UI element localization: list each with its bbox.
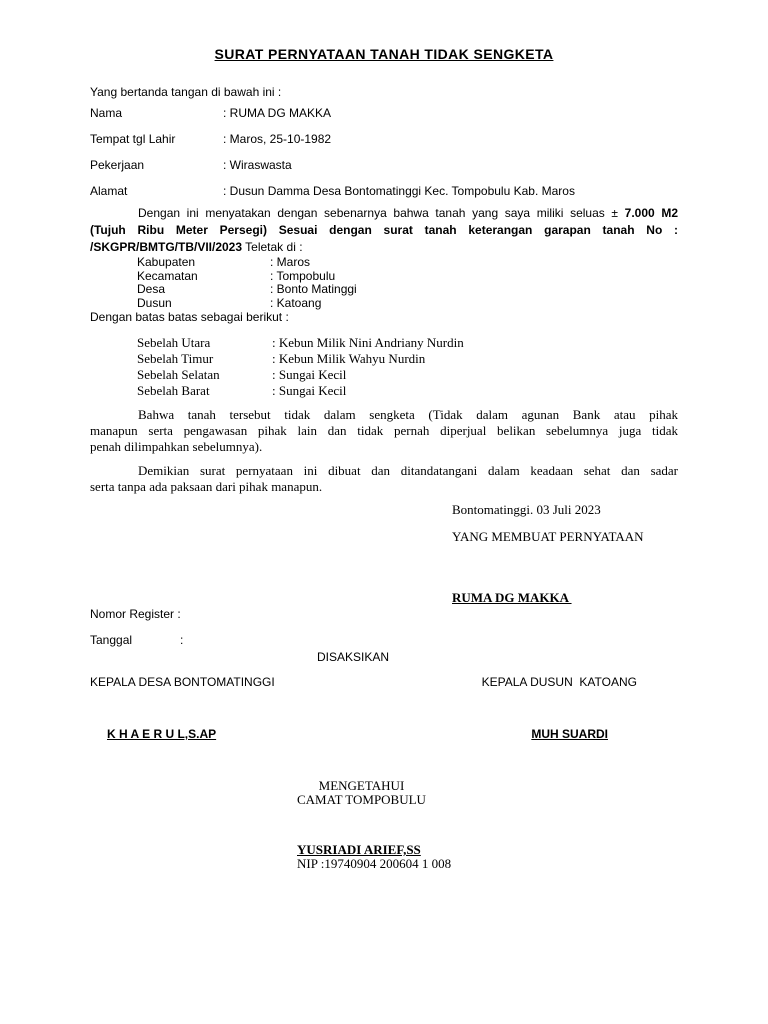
clause-line: Bahwa tanah tersebut tidak dalam sengket… [90,407,678,423]
approval-block: MENGETAHUI CAMAT TOMPOBULU [297,779,426,807]
identity-value: : Wiraswasta [223,158,292,172]
border-label: Sebelah Selatan [137,367,272,383]
statement-bold-text: /SKGPR/BMTG/TB/VII/2023 [90,240,242,254]
identity-value: : Dusun Damma Desa Bontomatinggi Kec. To… [223,184,575,198]
identity-section: Nama : RUMA DG MAKKA Tempat tgl Lahir : … [90,106,678,198]
non-dispute-clause: Bahwa tanah tersebut tidak dalam sengket… [90,407,678,455]
register-date-row: Tanggal : [90,633,678,647]
border-row: Sebelah Barat : Sungai Kecil [137,383,678,399]
location-label: Kabupaten [137,256,270,270]
statement-text: Dengan ini menyatakan dengan sebenarnya … [138,206,625,220]
identity-row: Pekerjaan : Wiraswasta [90,158,678,172]
location-label: Dusun [137,297,270,311]
border-value: : Sungai Kecil [272,367,346,383]
village-head-role: KEPALA DESA BONTOMATINGGI [90,675,275,689]
borders-intro-line: Dengan batas batas sebagai berikut : [90,310,678,324]
location-section: Kabupaten : Maros Kecamatan : Tompobulu … [137,256,678,310]
opening-line: Yang bertanda tangan di bawah ini : [90,85,678,99]
approval-line1: MENGETAHUI [297,779,426,793]
border-row: Sebelah Timur : Kebun Milik Wahyu Nurdin [137,351,678,367]
identity-label: Tempat tgl Lahir [90,132,223,146]
location-row: Dusun : Katoang [137,297,678,311]
border-value: : Kebun Milik Wahyu Nurdin [272,351,425,367]
statement-paragraph: Dengan ini menyatakan dengan sebenarnya … [90,205,678,256]
identity-label: Nama [90,106,223,120]
border-label: Sebelah Barat [137,383,272,399]
village-head-name: K H A E R U L,S.AP [107,727,216,741]
statement-bold-text: 7.000 M2 [625,206,678,220]
location-label: Desa [137,283,270,297]
witness-names-row: K H A E R U L,S.AP MUH SUARDI [90,727,678,741]
witness-roles-row: KEPALA DESA BONTOMATINGGI KEPALA DUSUN K… [90,675,678,689]
clause-line: Demikian surat pernyataan ini dibuat dan… [90,463,678,479]
border-label: Sebelah Timur [137,351,272,367]
statement-line: (Tujuh Ribu Meter Persegi) Sesuai dengan… [90,222,678,239]
identity-label: Alamat [90,184,223,198]
border-row: Sebelah Selatan : Sungai Kecil [137,367,678,383]
border-label: Sebelah Utara [137,335,272,351]
statement-text: Teletak di : [242,240,302,254]
clause-line: serta tanpa ada paksaan dari pihak manap… [90,479,678,495]
register-date-label: Tanggal [90,633,180,647]
clause-line: penah dilimpahkan sebelumnya). [90,439,678,455]
location-row: Kabupaten : Maros [137,256,678,270]
approval-name: YUSRIADI ARIEF,SS [297,843,678,857]
hamlet-head-role: KEPALA DUSUN KATOANG [482,675,637,689]
declarant-role: YANG MEMBUAT PERNYATAAN [452,529,678,545]
identity-row: Alamat : Dusun Damma Desa Bontomatinggi … [90,184,678,198]
location-value: : Bonto Matinggi [270,283,357,297]
identity-value: : RUMA DG MAKKA [223,106,331,120]
statement-line: /SKGPR/BMTG/TB/VII/2023 Teletak di : [90,239,678,256]
identity-label: Pekerjaan [90,158,223,172]
approval-line2: CAMAT TOMPOBULU [297,793,426,807]
register-number-line: Nomor Register : [90,607,678,621]
border-value: : Sungai Kecil [272,383,346,399]
signoff-block: Bontomatinggi. 03 Juli 2023 YANG MEMBUAT… [452,502,678,606]
location-value: : Tompobulu [270,270,335,284]
location-value: : Maros [270,256,310,270]
identity-value: : Maros, 25-10-1982 [223,132,331,146]
witness-heading: DISAKSIKAN [317,650,678,664]
declarant-name: RUMA DG MAKKA [452,590,678,606]
location-row: Kecamatan : Tompobulu [137,270,678,284]
location-label: Kecamatan [137,270,270,284]
statement-bold-text: (Tujuh Ribu Meter Persegi) Sesuai dengan… [90,223,678,237]
statement-line: Dengan ini menyatakan dengan sebenarnya … [90,205,678,222]
border-value: : Kebun Milik Nini Andriany Nurdin [272,335,464,351]
identity-row: Nama : RUMA DG MAKKA [90,106,678,120]
location-row: Desa : Bonto Matinggi [137,283,678,297]
identity-row: Tempat tgl Lahir : Maros, 25-10-1982 [90,132,678,146]
clause-line: manapun serta pengawasan pihak lain dan … [90,423,678,439]
hamlet-head-name: MUH SUARDI [531,727,608,741]
closing-clause: Demikian surat pernyataan ini dibuat dan… [90,463,678,495]
register-date-colon: : [180,633,183,647]
document-title: SURAT PERNYATAAN TANAH TIDAK SENGKETA [90,46,678,62]
borders-section: Sebelah Utara : Kebun Milik Nini Andrian… [137,335,678,399]
approval-nip: NIP :19740904 200604 1 008 [297,857,678,871]
location-value: : Katoang [270,297,321,311]
border-row: Sebelah Utara : Kebun Milik Nini Andrian… [137,335,678,351]
document-page: SURAT PERNYATAAN TANAH TIDAK SENGKETA Ya… [0,0,768,1024]
place-date: Bontomatinggi. 03 Juli 2023 [452,502,678,518]
